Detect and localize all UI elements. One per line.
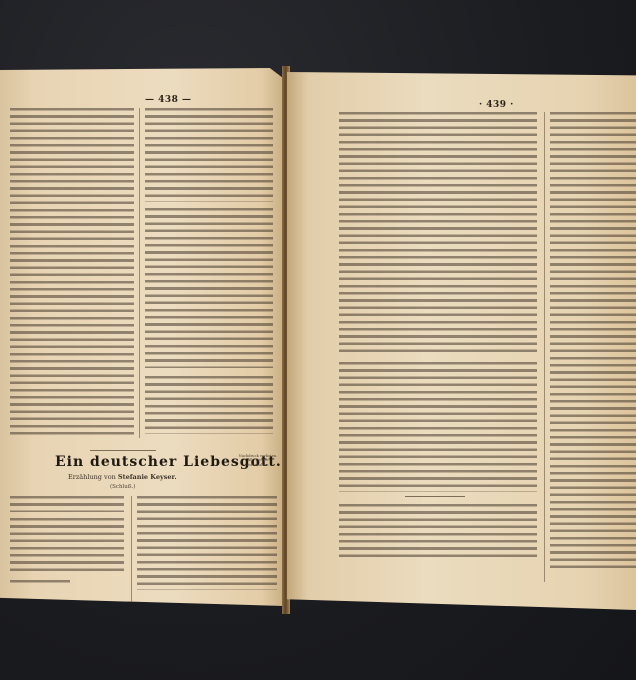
story-byline: Erzählung von Stefanie Keyser. <box>68 473 177 481</box>
right-page-col1: gehabt. Das Vermögen des alten Kriegs wü… <box>339 112 537 582</box>
story-col2: Er legte ihr den schwarz und roth schill… <box>137 496 277 606</box>
article-text-block <box>145 208 273 368</box>
section-divider <box>405 496 465 497</box>
story-author: Stefanie Keyser. <box>118 473 177 481</box>
section-divider <box>90 450 156 451</box>
column-divider <box>139 108 140 438</box>
story-text-block <box>339 504 537 558</box>
article-text-block <box>145 108 273 202</box>
column-divider <box>131 496 132 606</box>
story-text-block <box>10 496 124 512</box>
right-page: · 439 · gehabt. Das Vermögen des alten K… <box>287 70 636 610</box>
story-text-block <box>10 518 124 574</box>
column-divider <box>544 112 545 582</box>
left-page: — 438 — dem Raupe ist sie fast lederarti… <box>0 68 284 606</box>
story-col1: ... ungestillten Selbstgefühl, in heiter… <box>10 496 124 596</box>
left-page-col2-article: von denen die Puppen bekanntlich in größ… <box>145 108 273 438</box>
right-page-col2: „Was habt das für Parren? Da l... habe s… <box>550 112 636 582</box>
article-text-block <box>145 376 273 434</box>
page-number-right: · 439 · <box>479 100 514 110</box>
article-text-block <box>10 108 134 436</box>
story-text-block <box>550 112 636 572</box>
page-number-left: — 438 — <box>145 95 192 105</box>
story-continuation-label: (Schluß.) <box>110 484 135 490</box>
story-text-block <box>10 580 70 584</box>
left-page-col1-article: dem Raupe ist sie fast lederartig einged… <box>10 108 134 438</box>
story-text-block <box>339 112 537 352</box>
story-text-block <box>339 362 537 492</box>
reprint-notice: Nachdruck verboten. Alle Rechte vorbehal… <box>236 454 280 467</box>
byline-prefix: Erzählung von <box>68 473 116 481</box>
story-text-block <box>137 496 277 590</box>
